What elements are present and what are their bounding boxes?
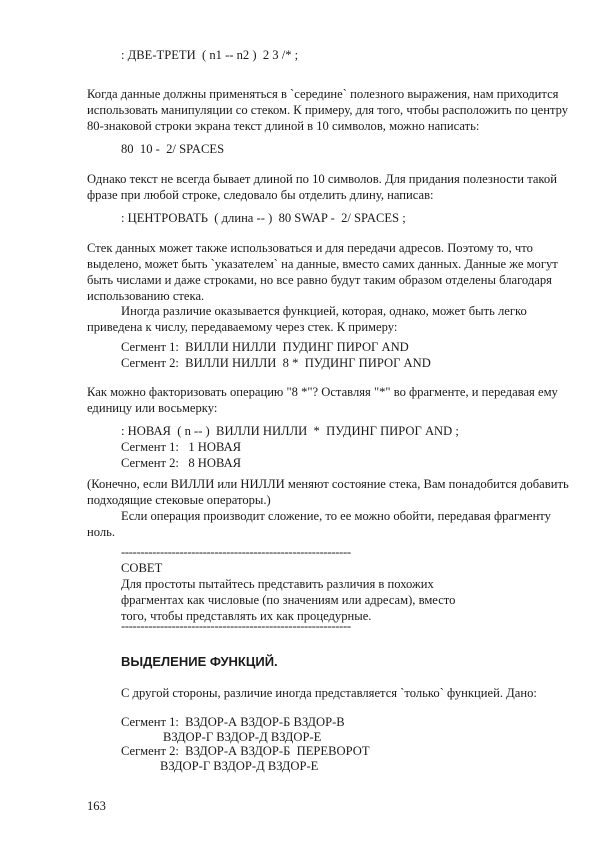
paragraph-line: Когда данные должны применяться в `серед… bbox=[87, 87, 558, 102]
paragraph-line: использовать манипуляции со стеком. К пр… bbox=[87, 103, 568, 118]
paragraph-line: подходящие стековые операторы.) bbox=[87, 493, 271, 508]
code-segment-line: Сегмент 1: ВИЛЛИ НИЛЛИ ПУДИНГ ПИРОГ AND bbox=[121, 340, 409, 355]
code-segment-line: Сегмент 2: 8 НОВАЯ bbox=[121, 456, 241, 471]
code-segment-line: ВЗДОР-Г ВЗДОР-Д ВЗДОР-Е bbox=[163, 730, 321, 745]
paragraph-line: приведена к числу, передаваемому через с… bbox=[87, 320, 397, 335]
tip-title: СОВЕТ bbox=[121, 561, 162, 576]
paragraph-line: Как можно факторизовать операцию "8 *"? … bbox=[87, 385, 558, 400]
code-segment-line: Сегмент 2: ВИЛЛИ НИЛЛИ 8 * ПУДИНГ ПИРОГ … bbox=[121, 356, 431, 371]
paragraph-line: использованию стека. bbox=[87, 289, 204, 304]
code-spaces: 80 10 - 2/ SPACES bbox=[121, 142, 224, 157]
code-segment-line: ВЗДОР-Г ВЗДОР-Д ВЗДОР-Е bbox=[160, 759, 318, 774]
paragraph-line: Стек данных может также использоваться и… bbox=[87, 241, 533, 256]
paragraph-line: ноль. bbox=[87, 525, 115, 540]
paragraph-line: Если операция производит сложение, то ее… bbox=[121, 509, 551, 524]
paragraph-line: единицу или восьмерку: bbox=[87, 401, 217, 416]
code-segment-line: Сегмент 2: ВЗДОР-А ВЗДОР-Б ПЕРЕВОРОТ bbox=[121, 744, 370, 759]
paragraph-line: 80-знаковой строки экрана текст длиной в… bbox=[87, 119, 479, 134]
paragraph-line: быть числами и даже строками, но все рав… bbox=[87, 273, 552, 288]
paragraph-line: Иногда различие оказывается функцией, ко… bbox=[121, 304, 527, 319]
tip-rule-top: ----------------------------------------… bbox=[121, 545, 351, 560]
paragraph-line: С другой стороны, различие иногда предст… bbox=[121, 686, 537, 701]
code-dve-treti: : ДВЕ-ТРЕТИ ( n1 -- n2 ) 2 3 /* ; bbox=[121, 48, 298, 63]
paragraph-line: Однако текст не всегда бывает длиной по … bbox=[87, 172, 557, 187]
tip-line: фрагментах как числовые (по значениям ил… bbox=[121, 593, 455, 608]
code-novaya: : НОВАЯ ( n -- ) ВИЛЛИ НИЛЛИ * ПУДИНГ ПИ… bbox=[121, 424, 459, 439]
code-centrovat: : ЦЕНТРОВАТЬ ( длина -- ) 80 SWAP - 2/ S… bbox=[121, 211, 406, 226]
section-heading: ВЫДЕЛЕНИЕ ФУНКЦИЙ. bbox=[121, 654, 278, 669]
page-number: 163 bbox=[87, 799, 106, 814]
tip-rule-bottom: ----------------------------------------… bbox=[121, 619, 351, 634]
paragraph-line: (Конечно, если ВИЛЛИ или НИЛЛИ меняют со… bbox=[87, 477, 569, 492]
code-segment-line: Сегмент 1: 1 НОВАЯ bbox=[121, 440, 241, 455]
tip-line: Для простоты пытайтесь представить разли… bbox=[121, 577, 434, 592]
code-segment-line: Сегмент 1: ВЗДОР-А ВЗДОР-Б ВЗДОР-В bbox=[121, 715, 345, 730]
paragraph-line: фразе при любой строке, следовало бы отд… bbox=[87, 188, 434, 203]
paragraph-line: выделено, может быть `указателем` на дан… bbox=[87, 257, 558, 272]
